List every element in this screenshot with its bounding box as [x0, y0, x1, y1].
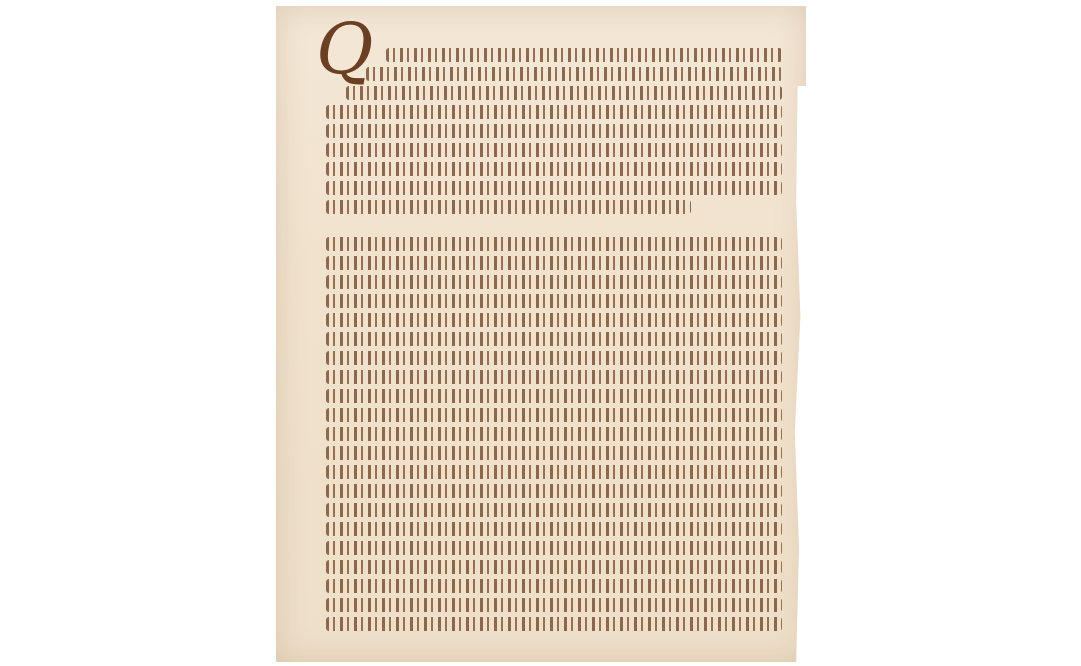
handwritten-text-block	[326, 48, 782, 636]
manuscript-page: Q	[276, 6, 806, 662]
